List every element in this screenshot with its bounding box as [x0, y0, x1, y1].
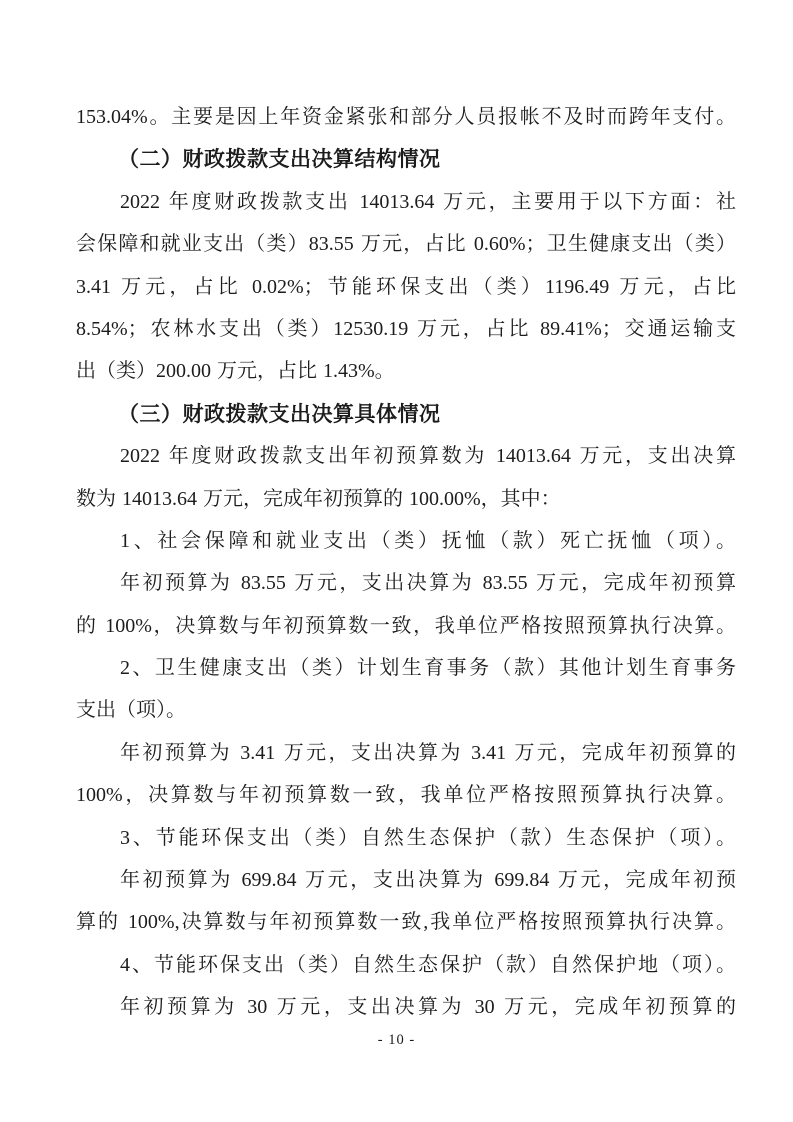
text-line: 年初预算为 699.84 万元，支出决算为 699.84 万元，完成年初预: [76, 859, 736, 901]
text-line: 的 100%，决算数与年初预算数一致，我单位严格按照预算执行决算。: [76, 605, 736, 647]
text-line: 8.54%；农林水支出（类）12530.19 万元，占比 89.41%；交通运输…: [76, 308, 736, 350]
text-line: 年初预算为 30 万元，支出决算为 30 万元，完成年初预算的: [76, 986, 736, 1028]
text-line: 4、节能环保支出（类）自然生态保护（款）自然保护地（项）。: [76, 944, 736, 986]
text-line: 1、社会保障和就业支出（类）抚恤（款）死亡抚恤（项）。: [76, 520, 736, 562]
text-line: 100%，决算数与年初预算数一致，我单位严格按照预算执行决算。: [76, 774, 736, 816]
document-page: 153.04%。主要是因上年资金紧张和部分人员报帐不及时而跨年支付。 （二）财政…: [0, 0, 793, 1122]
text-line: 算的 100%,决算数与年初预算数一致,我单位严格按照预算执行决算。: [76, 901, 736, 943]
text-line: 年初预算为 83.55 万元，支出决算为 83.55 万元，完成年初预算: [76, 562, 736, 604]
text-line: 年初预算为 3.41 万元，支出决算为 3.41 万元，完成年初预算的: [76, 732, 736, 774]
section-heading: （二）财政拨款支出决算结构情况: [76, 138, 736, 180]
text-line: 2022 年度财政拨款支出 14013.64 万元，主要用于以下方面：社: [76, 181, 736, 223]
text-line: 153.04%。主要是因上年资金紧张和部分人员报帐不及时而跨年支付。: [76, 96, 736, 138]
text-line: 数为 14013.64 万元，完成年初预算的 100.00%，其中：: [76, 478, 736, 520]
section-heading: （三）财政拨款支出决算具体情况: [76, 393, 736, 435]
text-line: 出（类）200.00 万元，占比 1.43%。: [76, 350, 736, 392]
text-line: 2、卫生健康支出（类）计划生育事务（款）其他计划生育事务: [76, 647, 736, 689]
document-body: 153.04%。主要是因上年资金紧张和部分人员报帐不及时而跨年支付。 （二）财政…: [76, 96, 736, 1029]
text-line: 3、节能环保支出（类）自然生态保护（款）生态保护（项）。: [76, 817, 736, 859]
page-number: - 10 -: [0, 1032, 793, 1049]
text-line: 3.41 万元，占比 0.02%；节能环保支出（类）1196.49 万元，占比: [76, 266, 736, 308]
text-line: 2022 年度财政拨款支出年初预算数为 14013.64 万元，支出决算: [76, 435, 736, 477]
text-line: 支出（项）。: [76, 689, 736, 731]
text-line: 会保障和就业支出（类）83.55 万元，占比 0.60%；卫生健康支出（类）: [76, 223, 736, 265]
